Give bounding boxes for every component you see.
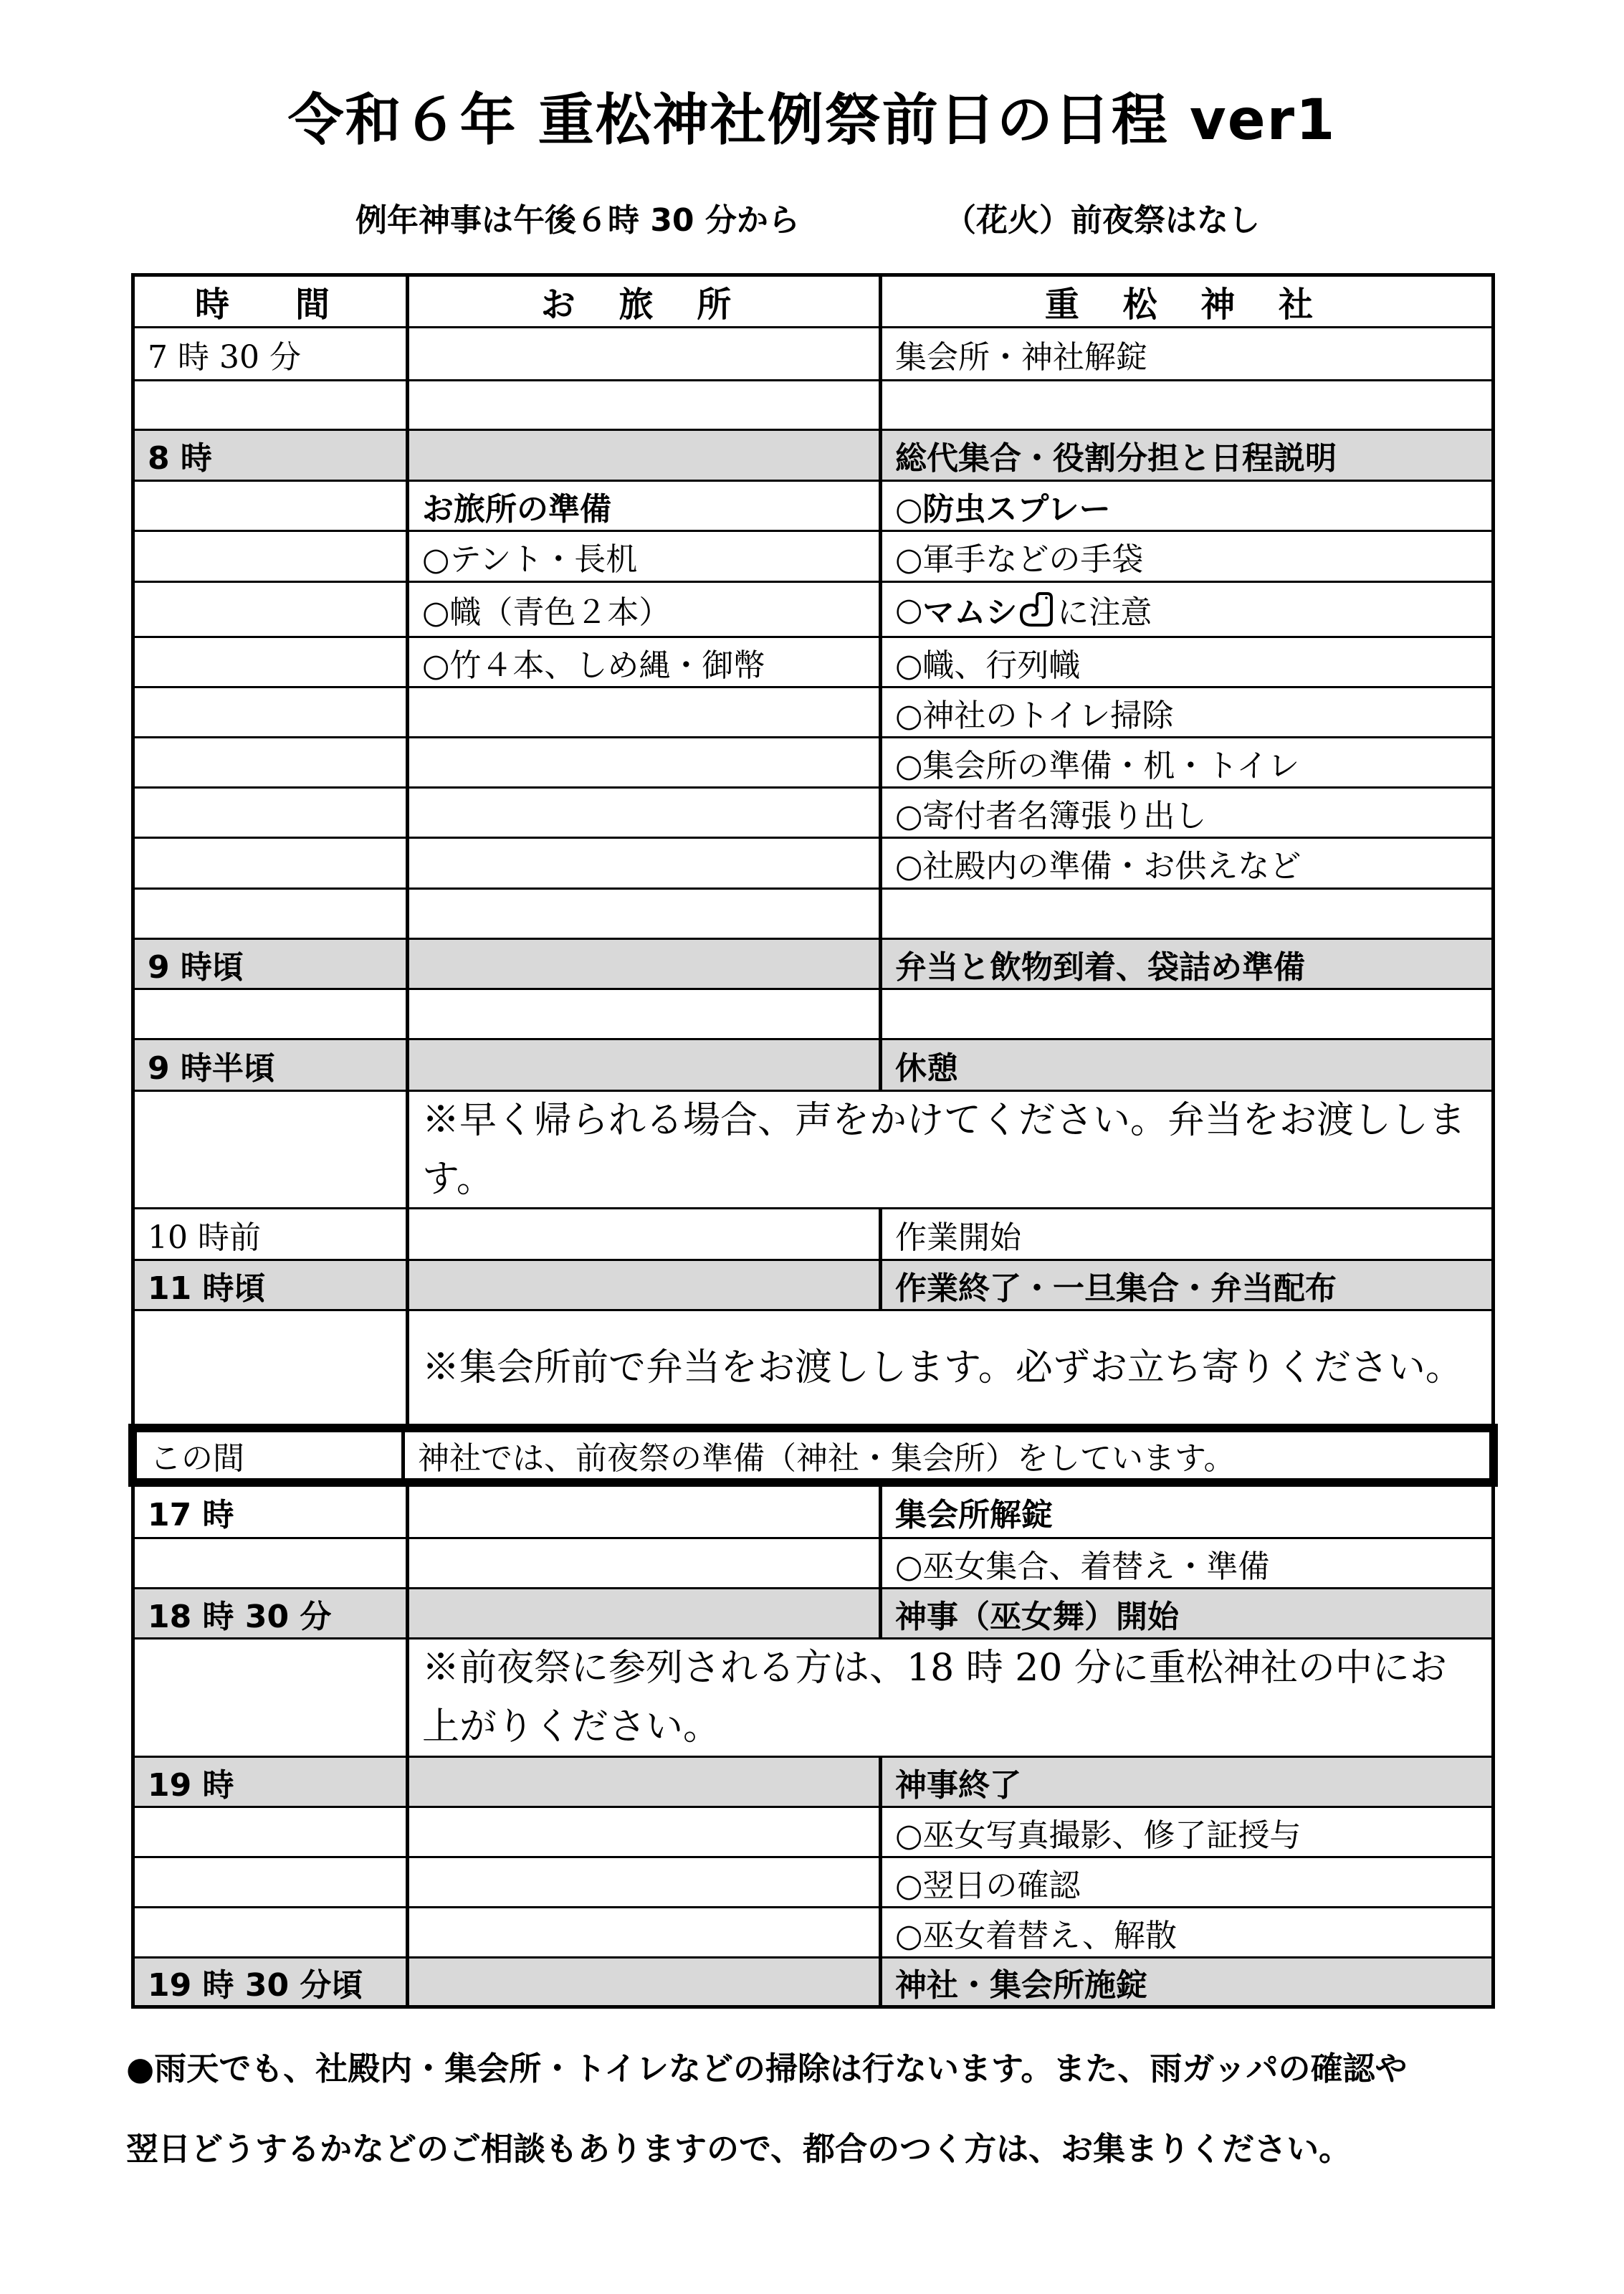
note-cell: 神社では、前夜祭の準備（神社・集会所）をしています。 bbox=[401, 1432, 1489, 1478]
otabisho-cell bbox=[406, 1040, 879, 1090]
shrine-cell: ○幟、行列幟 bbox=[879, 638, 1491, 686]
time-cell bbox=[135, 738, 406, 786]
shrine-cell bbox=[879, 990, 1491, 1038]
shrine-cell: ○翌日の確認 bbox=[879, 1858, 1491, 1906]
table-row: ○神社のトイレ掃除 bbox=[135, 686, 1491, 736]
time-cell bbox=[135, 789, 406, 837]
shrine-cell: 作業終了・一旦集合・弁当配布 bbox=[879, 1261, 1491, 1309]
otabisho-cell bbox=[406, 328, 879, 379]
table-row: 7 時 30 分 集会所・神社解錠 bbox=[135, 328, 1491, 379]
time-cell bbox=[135, 1639, 406, 1756]
time-cell: 19 時 bbox=[135, 1758, 406, 1806]
table-row: 17 時 集会所解錠 bbox=[135, 1487, 1491, 1537]
otabisho-cell: ○竹４本、しめ縄・御幣 bbox=[406, 638, 879, 686]
otabisho-cell bbox=[406, 1589, 879, 1637]
otabisho-cell bbox=[406, 1858, 879, 1906]
time-cell: 8 時 bbox=[135, 431, 406, 480]
viper-label: マムシ bbox=[922, 586, 1017, 632]
table-row: ○幟（青色２本） ○ マムシ に注意 bbox=[135, 581, 1491, 636]
time-cell bbox=[135, 638, 406, 686]
shrine-cell: ○寄付者名簿張り出し bbox=[879, 789, 1491, 837]
shrine-cell: ○巫女写真撮影、修了証授与 bbox=[879, 1808, 1491, 1856]
otabisho-cell bbox=[406, 381, 879, 429]
otabisho-cell: ○テント・長机 bbox=[406, 532, 879, 581]
table-row bbox=[135, 887, 1491, 938]
header-otabisho: お 旅 所 bbox=[406, 277, 879, 326]
shrine-cell bbox=[879, 381, 1491, 429]
time-cell: 9 時半頃 bbox=[135, 1040, 406, 1090]
time-cell bbox=[135, 990, 406, 1038]
table-row-note: ※前夜祭に参列される方は、18 時 20 分に重松神社の中にお上がりください。 bbox=[135, 1637, 1491, 1756]
time-cell: 17 時 bbox=[135, 1487, 406, 1537]
shrine-cell: 弁当と飲物到着、袋詰め準備 bbox=[879, 940, 1491, 988]
shrine-cell: 集会所解錠 bbox=[879, 1487, 1491, 1537]
footer-note-line-1: ●雨天でも、社殿内・集会所・トイレなどの掃除は行ないます。また、雨ガッパの確認や bbox=[126, 2047, 1408, 2090]
time-cell bbox=[135, 482, 406, 530]
table-row: お旅所の準備 ○防虫スプレー bbox=[135, 480, 1491, 530]
table-row: 19 時 30 分頃 神社・集会所施錠 bbox=[135, 1956, 1491, 2005]
time-cell: この間 bbox=[137, 1432, 401, 1478]
time-cell bbox=[135, 1908, 406, 1956]
shrine-cell: 総代集合・役割分担と日程説明 bbox=[879, 431, 1491, 480]
table-row-note: ※集会所前で弁当をお渡しします。必ずお立ち寄りください。 bbox=[135, 1309, 1491, 1424]
otabisho-cell bbox=[406, 940, 879, 988]
shrine-cell: ○社殿内の準備・お供えなど bbox=[879, 839, 1491, 887]
shrine-cell: ○集会所の準備・机・トイレ bbox=[879, 738, 1491, 786]
table-row: 18 時 30 分 神事（巫女舞）開始 bbox=[135, 1587, 1491, 1637]
table-row: ○巫女着替え、解散 bbox=[135, 1906, 1491, 1956]
footer-note-line-2: 翌日どうするかなどのご相談もありますので、都合のつく方は、お集まりください。 bbox=[126, 2128, 1351, 2171]
table-row bbox=[135, 988, 1491, 1038]
time-cell bbox=[135, 839, 406, 887]
shrine-cell: ○軍手などの手袋 bbox=[879, 532, 1491, 581]
shrine-cell: 休憩 bbox=[879, 1040, 1491, 1090]
time-cell bbox=[135, 583, 406, 636]
time-cell bbox=[135, 1858, 406, 1906]
time-cell: 11 時頃 bbox=[135, 1261, 406, 1309]
shrine-cell bbox=[879, 890, 1491, 938]
page-title: 令和６年 重松神社例祭前日の日程 ver1 bbox=[0, 85, 1624, 156]
time-cell bbox=[135, 1808, 406, 1856]
otabisho-cell bbox=[406, 431, 879, 480]
time-cell bbox=[135, 1539, 406, 1587]
otabisho-cell: ○幟（青色２本） bbox=[406, 583, 879, 636]
otabisho-cell bbox=[406, 738, 879, 786]
otabisho-cell: お旅所の準備 bbox=[406, 482, 879, 530]
table-row: 9 時半頃 休憩 bbox=[135, 1038, 1491, 1090]
table-row: ○巫女写真撮影、修了証授与 bbox=[135, 1806, 1491, 1856]
header-time: 時 間 bbox=[135, 277, 406, 326]
shrine-cell: ○神社のトイレ掃除 bbox=[879, 688, 1491, 736]
table-row: ○翌日の確認 bbox=[135, 1856, 1491, 1906]
table-row: ○テント・長机 ○軍手などの手袋 bbox=[135, 530, 1491, 581]
table-row: 11 時頃 作業終了・一旦集合・弁当配布 bbox=[135, 1259, 1491, 1309]
table-row: ○寄付者名簿張り出し bbox=[135, 786, 1491, 837]
note-cell: ※集会所前で弁当をお渡しします。必ずお立ち寄りください。 bbox=[406, 1311, 1491, 1424]
otabisho-cell bbox=[406, 789, 879, 837]
shrine-cell: ○防虫スプレー bbox=[879, 482, 1491, 530]
header-shrine: 重 松 神 社 bbox=[879, 277, 1491, 326]
subtitle-no-fireworks: （花火）前夜祭はなし bbox=[945, 199, 1260, 242]
table-row: ○集会所の準備・机・トイレ bbox=[135, 736, 1491, 786]
shrine-cell-viper-warning: ○ マムシ に注意 bbox=[879, 583, 1491, 636]
shrine-cell: ○巫女着替え、解散 bbox=[879, 1908, 1491, 1956]
table-row-highlight: この間 神社では、前夜祭の準備（神社・集会所）をしています。 bbox=[128, 1424, 1498, 1487]
otabisho-cell bbox=[406, 1539, 879, 1587]
otabisho-cell bbox=[406, 1959, 879, 2005]
otabisho-cell bbox=[406, 1261, 879, 1309]
time-cell bbox=[135, 1311, 406, 1424]
otabisho-cell bbox=[406, 990, 879, 1038]
schedule-table: 時 間 お 旅 所 重 松 神 社 7 時 30 分 集会所・神社解錠 8 時 … bbox=[131, 273, 1495, 2009]
shrine-cell: 神事（巫女舞）開始 bbox=[879, 1589, 1491, 1637]
time-cell: 7 時 30 分 bbox=[135, 328, 406, 379]
time-cell: 10 時前 bbox=[135, 1209, 406, 1259]
table-row: 9 時頃 弁当と飲物到着、袋詰め準備 bbox=[135, 938, 1491, 988]
subtitle-ritual-time: 例年神事は午後６時 30 分から bbox=[355, 199, 800, 242]
table-row-note: ※早く帰られる場合、声をかけてください。弁当をお渡しします。 bbox=[135, 1090, 1491, 1207]
note-cell: ※早く帰られる場合、声をかけてください。弁当をお渡しします。 bbox=[406, 1092, 1491, 1207]
otabisho-cell bbox=[406, 890, 879, 938]
viper-suffix: に注意 bbox=[1057, 586, 1152, 632]
table-header-row: 時 間 お 旅 所 重 松 神 社 bbox=[135, 277, 1491, 328]
table-row bbox=[135, 379, 1491, 429]
table-row: 10 時前 作業開始 bbox=[135, 1207, 1491, 1259]
otabisho-cell bbox=[406, 1209, 879, 1259]
table-row: ○社殿内の準備・お供えなど bbox=[135, 837, 1491, 887]
time-cell: 9 時頃 bbox=[135, 940, 406, 988]
time-cell bbox=[135, 532, 406, 581]
time-cell bbox=[135, 890, 406, 938]
time-cell: 18 時 30 分 bbox=[135, 1589, 406, 1637]
otabisho-cell bbox=[406, 839, 879, 887]
shrine-cell: ○巫女集合、着替え・準備 bbox=[879, 1539, 1491, 1587]
shrine-cell: 作業開始 bbox=[879, 1209, 1491, 1259]
snake-icon bbox=[1018, 589, 1056, 629]
otabisho-cell bbox=[406, 1808, 879, 1856]
time-cell bbox=[135, 688, 406, 736]
bullet-prefix: ○ bbox=[895, 591, 922, 628]
shrine-cell: 神社・集会所施錠 bbox=[879, 1959, 1491, 2005]
otabisho-cell bbox=[406, 688, 879, 736]
time-cell: 19 時 30 分頃 bbox=[135, 1959, 406, 2005]
time-cell bbox=[135, 1092, 406, 1207]
table-row: 19 時 神事終了 bbox=[135, 1756, 1491, 1806]
table-row: ○竹４本、しめ縄・御幣 ○幟、行列幟 bbox=[135, 636, 1491, 686]
otabisho-cell bbox=[406, 1487, 879, 1537]
table-row: ○巫女集合、着替え・準備 bbox=[135, 1537, 1491, 1587]
shrine-cell: 神事終了 bbox=[879, 1758, 1491, 1806]
table-row: 8 時 総代集合・役割分担と日程説明 bbox=[135, 429, 1491, 480]
time-cell bbox=[135, 381, 406, 429]
note-cell: ※前夜祭に参列される方は、18 時 20 分に重松神社の中にお上がりください。 bbox=[406, 1639, 1491, 1756]
shrine-cell: 集会所・神社解錠 bbox=[879, 328, 1491, 379]
otabisho-cell bbox=[406, 1758, 879, 1806]
otabisho-cell bbox=[406, 1908, 879, 1956]
